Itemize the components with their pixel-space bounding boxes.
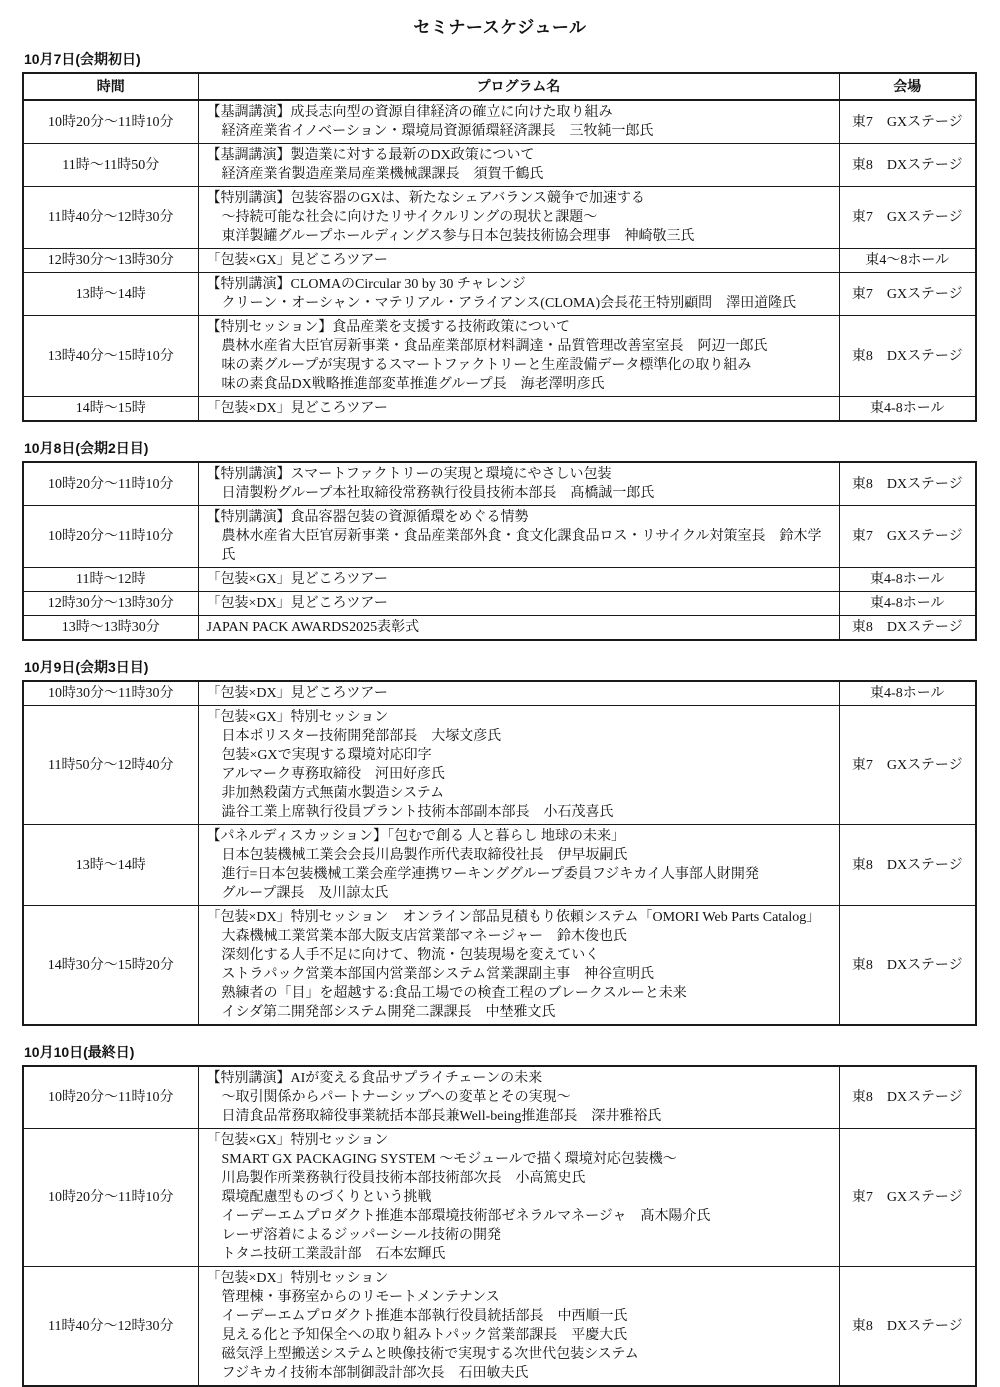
program-line: 日清製粉グループ本社取締役常務執行役員技術本部長 髙橋誠一郎氏 — [207, 484, 831, 503]
program-line: 【基調講演】成長志向型の資源自律経済の確立に向けた取り組み — [207, 103, 831, 122]
venue-cell: 東4-8ホール — [839, 592, 976, 616]
program-line: 日本ポリスター技術開発部部長 大塚文彦氏 — [207, 727, 831, 746]
program-line: クリーン・オーシャン・マテリアル・アライアンス(CLOMA)会長花王特別顧問 澤… — [207, 294, 831, 313]
program-cell: 「包装×GX」見どころツアー — [198, 249, 839, 273]
time-cell: 14時～15時 — [23, 397, 198, 422]
venue-cell: 東7 GXステージ — [839, 187, 976, 249]
col-header-time: 時間 — [23, 73, 198, 100]
program-line: 「包装×GX」特別セッション — [207, 708, 831, 727]
header-row: 時間プログラム名会場 — [23, 73, 976, 100]
table-row: 12時30分～13時30分「包装×GX」見どころツアー東4～8ホール — [23, 249, 976, 273]
table-row: 10時20分～11時10分「包装×GX」特別セッションSMART GX PACK… — [23, 1129, 976, 1267]
table-row: 10時20分～11時10分【特別講演】食品容器包装の資源循環をめぐる情勢農林水産… — [23, 506, 976, 568]
program-line: JAPAN PACK AWARDS2025表彰式 — [207, 618, 831, 637]
time-cell: 13時～13時30分 — [23, 616, 198, 641]
schedule-section: 10月7日(会期初日)時間プログラム名会場10時20分～11時10分【基調講演】… — [22, 49, 975, 422]
venue-cell: 東4-8ホール — [839, 397, 976, 422]
table-row: 14時30分～15時20分「包装×DX」特別セッション オンライン部品見積もり依… — [23, 906, 976, 1026]
program-line: ～持続可能な社会に向けたリサイクルリングの現状と課題～ — [207, 208, 831, 227]
program-line: 深刻化する人手不足に向けて、物流・包装現場を変えていく — [207, 946, 831, 965]
venue-cell: 東8 DXステージ — [839, 462, 976, 506]
venue-cell: 東8 DXステージ — [839, 144, 976, 187]
table-row: 11時40分～12時30分【特別講演】包装容器のGXは、新たなシェアバランス競争… — [23, 187, 976, 249]
venue-cell: 東4-8ホール — [839, 568, 976, 592]
venue-cell: 東7 GXステージ — [839, 706, 976, 825]
table-row: 11時～11時50分【基調講演】製造業に対する最新のDX政策について経済産業省製… — [23, 144, 976, 187]
time-cell: 11時40分～12時30分 — [23, 1267, 198, 1387]
program-line: SMART GX PACKAGING SYSTEM ～モジュールで描く環境対応包… — [207, 1150, 831, 1169]
program-cell: 【特別セッション】食品産業を支援する技術政策について農林水産省大臣官房新事業・食… — [198, 316, 839, 397]
program-line: ストラパック営業本部国内営業部システム営業課副主事 神谷宣明氏 — [207, 965, 831, 984]
program-line: フジキカイ技術本部制御設計部次長 石田敏夫氏 — [207, 1364, 831, 1383]
program-cell: 「包装×DX」見どころツアー — [198, 681, 839, 706]
program-line: 【特別講演】スマートファクトリーの実現と環境にやさしい包装 — [207, 465, 831, 484]
table-row: 13時～14時【特別講演】CLOMAのCircular 30 by 30 チャレ… — [23, 273, 976, 316]
program-line: 【パネルディスカッション】「包むで創る 人と暮らし 地球の未来」 — [207, 827, 831, 846]
time-cell: 13時40分～15時10分 — [23, 316, 198, 397]
program-line: グループ課長 及川諒太氏 — [207, 884, 831, 903]
program-cell: 【基調講演】成長志向型の資源自律経済の確立に向けた取り組み経済産業省イノベーショ… — [198, 100, 839, 144]
table-row: 13時～13時30分JAPAN PACK AWARDS2025表彰式東8 DXス… — [23, 616, 976, 641]
program-line: 【特別講演】AIが変える食品サプライチェーンの未来 — [207, 1069, 831, 1088]
section-date: 10月7日(会期初日) — [24, 49, 975, 69]
schedule-table: 10時30分～11時30分「包装×DX」見どころツアー東4-8ホール11時50分… — [22, 680, 977, 1026]
time-cell: 13時～14時 — [23, 273, 198, 316]
section-date: 10月8日(会期2日目) — [24, 438, 975, 458]
program-cell: 「包装×DX」特別セッション オンライン部品見積もり依頼システム「OMORI W… — [198, 906, 839, 1026]
schedule-section: 10月10日(最終日)10時20分～11時10分【特別講演】AIが変える食品サプ… — [22, 1042, 975, 1387]
program-line: 「包装×DX」見どころツアー — [207, 594, 831, 613]
table-row: 10時30分～11時30分「包装×DX」見どころツアー東4-8ホール — [23, 681, 976, 706]
page-title: セミナースケジュール — [0, 13, 1000, 38]
program-cell: 【特別講演】AIが変える食品サプライチェーンの未来～取引関係からパートナーシップ… — [198, 1066, 839, 1129]
program-line: 【特別セッション】食品産業を支援する技術政策について — [207, 318, 831, 337]
schedule-section: 10月9日(会期3日目)10時30分～11時30分「包装×DX」見どころツアー東… — [22, 657, 975, 1026]
table-row: 14時～15時「包装×DX」見どころツアー東4-8ホール — [23, 397, 976, 422]
program-line: 農林水産省大臣官房新事業・食品産業部外食・食文化課食品ロス・リサイクル対策室長 … — [207, 527, 831, 565]
venue-cell: 東8 DXステージ — [839, 1066, 976, 1129]
program-cell: 【特別講演】CLOMAのCircular 30 by 30 チャレンジクリーン・… — [198, 273, 839, 316]
time-cell: 10時20分～11時10分 — [23, 1129, 198, 1267]
program-line: 経済産業省製造産業局産業機械課課長 須賀千鶴氏 — [207, 165, 831, 184]
program-line: 【特別講演】食品容器包装の資源循環をめぐる情勢 — [207, 508, 831, 527]
venue-cell: 東7 GXステージ — [839, 273, 976, 316]
program-line: アルマーク専務取締役 河田好彦氏 — [207, 765, 831, 784]
program-line: 澁谷工業上席執行役員プラント技術本部副本部長 小石茂喜氏 — [207, 803, 831, 822]
program-line: 「包装×GX」見どころツアー — [207, 570, 831, 589]
section-date: 10月10日(最終日) — [24, 1042, 975, 1062]
program-line: 大森機械工業営業本部大阪支店営業部マネージャー 鈴木俊也氏 — [207, 927, 831, 946]
time-cell: 10時20分～11時10分 — [23, 1066, 198, 1129]
venue-cell: 東8 DXステージ — [839, 1267, 976, 1387]
program-cell: 【パネルディスカッション】「包むで創る 人と暮らし 地球の未来」日本包装機械工業… — [198, 825, 839, 906]
program-cell: 「包装×GX」特別セッション日本ポリスター技術開発部部長 大塚文彦氏包装×GXで… — [198, 706, 839, 825]
schedule-table: 10時20分～11時10分【特別講演】AIが変える食品サプライチェーンの未来～取… — [22, 1065, 977, 1387]
program-cell: 【特別講演】包装容器のGXは、新たなシェアバランス競争で加速する～持続可能な社会… — [198, 187, 839, 249]
venue-cell: 東8 DXステージ — [839, 616, 976, 641]
program-line: イーデーエムプロダクト推進本部環境技術部ゼネラルマネージャ 髙木陽介氏 — [207, 1207, 831, 1226]
venue-cell: 東8 DXステージ — [839, 316, 976, 397]
program-line: 日清食品常務取締役事業統括本部長兼Well-being推進部長 深井雅裕氏 — [207, 1107, 831, 1126]
col-header-venue: 会場 — [839, 73, 976, 100]
program-line: イーデーエムプロダクト推進本部執行役員統括部長 中西順一氏 — [207, 1307, 831, 1326]
program-line: レーザ溶着によるジッパーシール技術の開発 — [207, 1226, 831, 1245]
time-cell: 11時～11時50分 — [23, 144, 198, 187]
table-row: 11時～12時「包装×GX」見どころツアー東4-8ホール — [23, 568, 976, 592]
venue-cell: 東8 DXステージ — [839, 825, 976, 906]
program-line: 包装×GXで実現する環境対応印字 — [207, 746, 831, 765]
schedule-table: 時間プログラム名会場10時20分～11時10分【基調講演】成長志向型の資源自律経… — [22, 72, 977, 422]
program-line: トタニ技研工業設計部 石本宏輝氏 — [207, 1245, 831, 1264]
program-line: 【特別講演】包装容器のGXは、新たなシェアバランス競争で加速する — [207, 189, 831, 208]
program-cell: JAPAN PACK AWARDS2025表彰式 — [198, 616, 839, 641]
venue-cell: 東4-8ホール — [839, 681, 976, 706]
program-line: 味の素食品DX戦略推進部変革推進グループ長 海老澤明彦氏 — [207, 375, 831, 394]
time-cell: 11時40分～12時30分 — [23, 187, 198, 249]
table-row: 13時～14時【パネルディスカッション】「包むで創る 人と暮らし 地球の未来」日… — [23, 825, 976, 906]
table-row: 10時20分～11時10分【特別講演】スマートファクトリーの実現と環境にやさしい… — [23, 462, 976, 506]
program-cell: 「包装×GX」特別セッションSMART GX PACKAGING SYSTEM … — [198, 1129, 839, 1267]
venue-cell: 東7 GXステージ — [839, 100, 976, 144]
program-line: 磁気浮上型搬送システムと映像技術で実現する次世代包装システム — [207, 1345, 831, 1364]
schedule-section: 10月8日(会期2日目)10時20分～11時10分【特別講演】スマートファクトリ… — [22, 438, 975, 641]
time-cell: 10時20分～11時10分 — [23, 100, 198, 144]
program-cell: 「包装×DX」特別セッション管理棟・事務室からのリモートメンテナンスイーデーエム… — [198, 1267, 839, 1387]
table-row: 10時20分～11時10分【特別講演】AIが変える食品サプライチェーンの未来～取… — [23, 1066, 976, 1129]
program-cell: 【特別講演】食品容器包装の資源循環をめぐる情勢農林水産省大臣官房新事業・食品産業… — [198, 506, 839, 568]
time-cell: 10時20分～11時10分 — [23, 462, 198, 506]
time-cell: 10時20分～11時10分 — [23, 506, 198, 568]
program-line: 「包装×DX」特別セッション オンライン部品見積もり依頼システム「OMORI W… — [207, 908, 831, 927]
time-cell: 10時30分～11時30分 — [23, 681, 198, 706]
program-line: 経済産業省イノベーション・環境局資源循環経済課長 三牧純一郎氏 — [207, 122, 831, 141]
time-cell: 11時50分～12時40分 — [23, 706, 198, 825]
program-cell: 【基調講演】製造業に対する最新のDX政策について経済産業省製造産業局産業機械課課… — [198, 144, 839, 187]
col-header-program: プログラム名 — [198, 73, 839, 100]
program-line: 進行=日本包装機械工業会産学連携ワーキンググループ委員フジキカイ人事部人財開発 — [207, 865, 831, 884]
program-line: 「包装×GX」見どころツアー — [207, 251, 831, 270]
program-cell: 【特別講演】スマートファクトリーの実現と環境にやさしい包装日清製粉グループ本社取… — [198, 462, 839, 506]
program-line: 日本包装機械工業会会長川島製作所代表取締役社長 伊早坂嗣氏 — [207, 846, 831, 865]
program-line: 「包装×GX」特別セッション — [207, 1131, 831, 1150]
schedule-table: 10時20分～11時10分【特別講演】スマートファクトリーの実現と環境にやさしい… — [22, 461, 977, 641]
venue-cell: 東7 GXステージ — [839, 1129, 976, 1267]
schedule-sections: 10月7日(会期初日)時間プログラム名会場10時20分～11時10分【基調講演】… — [0, 49, 1000, 1387]
program-cell: 「包装×DX」見どころツアー — [198, 592, 839, 616]
program-line: 【基調講演】製造業に対する最新のDX政策について — [207, 146, 831, 165]
table-row: 11時40分～12時30分「包装×DX」特別セッション管理棟・事務室からのリモー… — [23, 1267, 976, 1387]
program-line: 熟練者の「目」を超越する:食品工場での検査工程のブレークスルーと未来 — [207, 984, 831, 1003]
program-line: 【特別講演】CLOMAのCircular 30 by 30 チャレンジ — [207, 275, 831, 294]
table-row: 12時30分～13時30分「包装×DX」見どころツアー東4-8ホール — [23, 592, 976, 616]
table-row: 10時20分～11時10分【基調講演】成長志向型の資源自律経済の確立に向けた取り… — [23, 100, 976, 144]
venue-cell: 東4～8ホール — [839, 249, 976, 273]
table-row: 13時40分～15時10分【特別セッション】食品産業を支援する技術政策について農… — [23, 316, 976, 397]
program-line: 見える化と予知保全への取り組みトパック営業部課長 平慶大氏 — [207, 1326, 831, 1345]
program-line: ～取引関係からパートナーシップへの変革とその実現～ — [207, 1088, 831, 1107]
program-line: 環境配慮型ものづくりという挑戦 — [207, 1188, 831, 1207]
program-cell: 「包装×GX」見どころツアー — [198, 568, 839, 592]
time-cell: 11時～12時 — [23, 568, 198, 592]
program-line: イシダ第二開発部システム開発二課課長 中埜雅文氏 — [207, 1003, 831, 1022]
program-line: 「包装×DX」見どころツアー — [207, 399, 831, 418]
program-line: 「包装×DX」見どころツアー — [207, 684, 831, 703]
program-line: 農林水産省大臣官房新事業・食品産業部原材料調達・品質管理改善室室長 阿辺一郎氏 — [207, 337, 831, 356]
program-line: 「包装×DX」特別セッション — [207, 1269, 831, 1288]
program-line: 東洋製罐グループホールディングス参与日本包装技術協会理事 神崎敬三氏 — [207, 227, 831, 246]
time-cell: 14時30分～15時20分 — [23, 906, 198, 1026]
section-date: 10月9日(会期3日目) — [24, 657, 975, 677]
seminar-schedule-page: セミナースケジュール 10月7日(会期初日)時間プログラム名会場10時20分～1… — [0, 0, 1000, 1387]
venue-cell: 東7 GXステージ — [839, 506, 976, 568]
time-cell: 13時～14時 — [23, 825, 198, 906]
program-line: 非加熱殺菌方式無菌水製造システム — [207, 784, 831, 803]
program-line: 川島製作所業務執行役員技術本部技術部次長 小高篤史氏 — [207, 1169, 831, 1188]
table-row: 11時50分～12時40分「包装×GX」特別セッション日本ポリスター技術開発部部… — [23, 706, 976, 825]
time-cell: 12時30分～13時30分 — [23, 249, 198, 273]
venue-cell: 東8 DXステージ — [839, 906, 976, 1026]
program-line: 管理棟・事務室からのリモートメンテナンス — [207, 1288, 831, 1307]
program-line: 味の素グループが実現するスマートファクトリーと生産設備データ標準化の取り組み — [207, 356, 831, 375]
time-cell: 12時30分～13時30分 — [23, 592, 198, 616]
program-cell: 「包装×DX」見どころツアー — [198, 397, 839, 422]
